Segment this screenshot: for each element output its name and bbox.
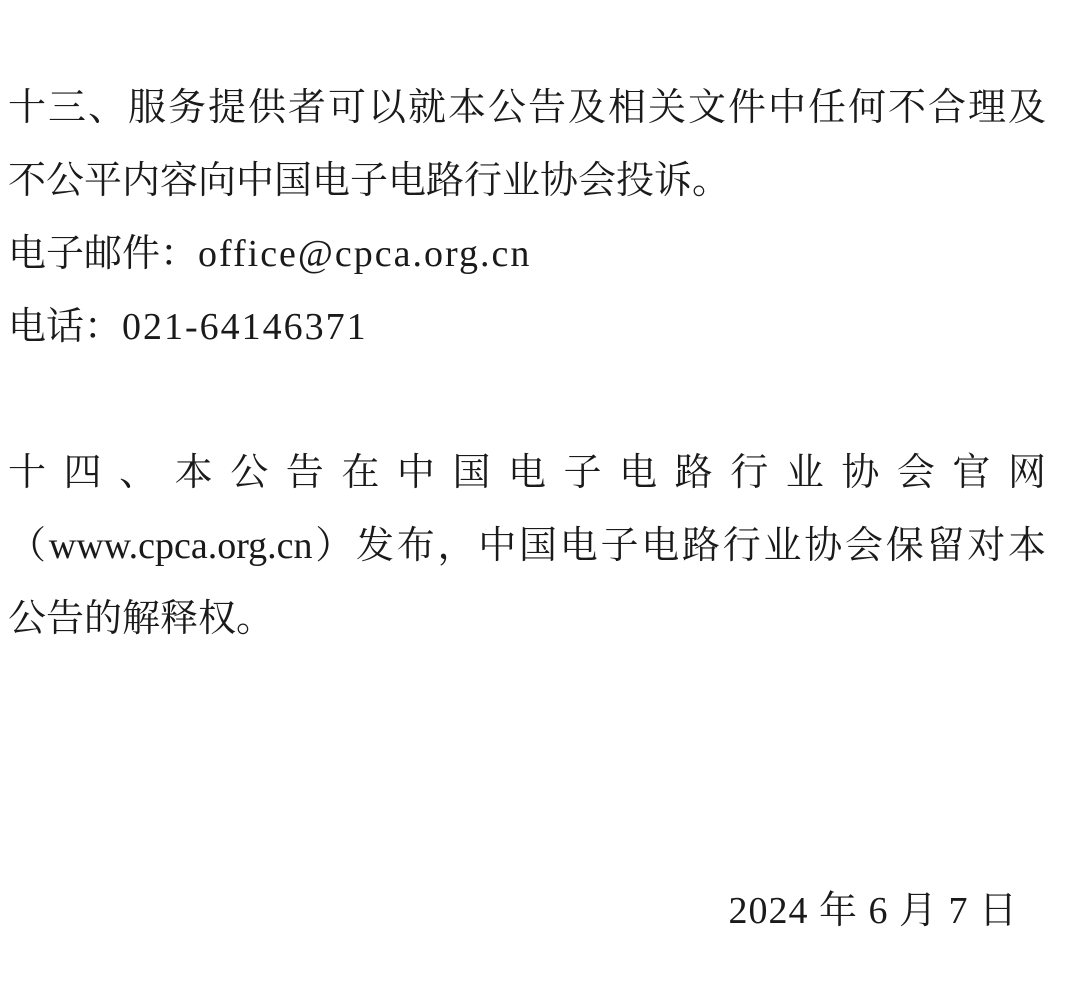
email-value: office@cpca.org.cn — [198, 233, 531, 275]
blank-line — [8, 802, 1046, 875]
document-page: 十三、服务提供者可以就本公告及相关文件中任何不合理及 不公平内容向中国电子电路行… — [0, 0, 1080, 1007]
section-13-line-1: 十三、服务提供者可以就本公告及相关文件中任何不合理及 — [8, 72, 1046, 145]
section-14-line-1: 十四、本公告在中国电子电路行业协会官网 — [8, 437, 1046, 510]
section-14-line-2: （www.cpca.org.cn）发布，中国电子电路行业协会保留对本 — [8, 510, 1046, 583]
email-label: 电子邮件： — [8, 233, 198, 275]
email-line: 电子邮件：office@cpca.org.cn — [8, 218, 1046, 291]
phone-label: 电话： — [8, 306, 122, 348]
document-date: 2024 年 6 月 7 日 — [8, 875, 1018, 948]
section-14-line-3: 公告的解释权。 — [8, 583, 1046, 656]
blank-line — [8, 656, 1046, 729]
phone-line: 电话：021-64146371 — [8, 291, 1046, 364]
blank-line — [8, 729, 1046, 802]
phone-value: 021-64146371 — [122, 306, 368, 348]
blank-line — [8, 364, 1046, 437]
section-13-line-2: 不公平内容向中国电子电路行业协会投诉。 — [8, 145, 1046, 218]
